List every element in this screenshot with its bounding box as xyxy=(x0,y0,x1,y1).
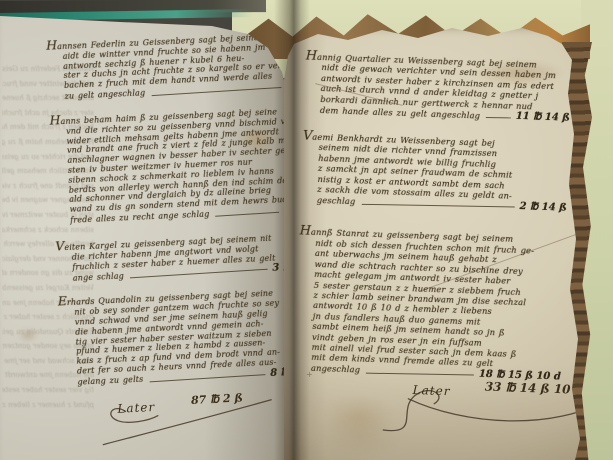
entry-amount: 2 ℔ 14 ß xyxy=(519,201,566,214)
sum-label: Later xyxy=(117,400,155,416)
entry-tail-text: angeschlag xyxy=(311,363,361,375)
entry-tail-text: ange schlag xyxy=(73,271,125,283)
right-page: 38 + Hannig Quartalier zu Weissenberg sa… xyxy=(284,24,586,460)
ledger-entry: Vaemi Benkhardt zu Weissenberg sagt bejs… xyxy=(317,132,569,214)
entry-tail-text: gelang zu gelts xyxy=(77,375,143,388)
entry-tail-text: zu gelt angeschlag xyxy=(64,88,145,101)
left-page: Hannsen Federlin zu Geissenberg sagt bej… xyxy=(0,0,300,460)
ledger-entry: Hanns beham haim ß zu geissenberg sagt b… xyxy=(65,104,310,226)
left-page-text-block: Hannsen Federlin zu Geissenberg sagt bej… xyxy=(62,29,318,400)
entry-tail-text: geschlag xyxy=(317,195,356,207)
left-page-sum-row: Later 87 ℔ 2 ß xyxy=(95,387,287,449)
paper-stain xyxy=(18,328,38,342)
dash-rule xyxy=(486,111,511,118)
entry-amount: 11 ℔ 14 ß xyxy=(516,111,570,124)
dash-rule xyxy=(361,198,514,208)
ledger-entry: Hannß Stanrat zu geissenberg sagt bej se… xyxy=(311,227,566,382)
sum-value: 87 ℔ 2 ß xyxy=(191,391,243,407)
sum-label: Later xyxy=(412,383,450,398)
ledger-entry: Veiten Kargel zu geissenberg sagt bej se… xyxy=(71,230,313,283)
ledger-entry: Hannig Quartalier zu Weissenberg sagt be… xyxy=(320,52,572,124)
manuscript-photo: Hannsen Federlin zu Geissenberg sagt bej… xyxy=(0,0,613,460)
ledger-entry: Erhards Quandolin zu geissenberg sagt be… xyxy=(74,285,318,387)
right-page-text-block: Hannig Quartalier zu Weissenberg sagt be… xyxy=(310,52,572,399)
